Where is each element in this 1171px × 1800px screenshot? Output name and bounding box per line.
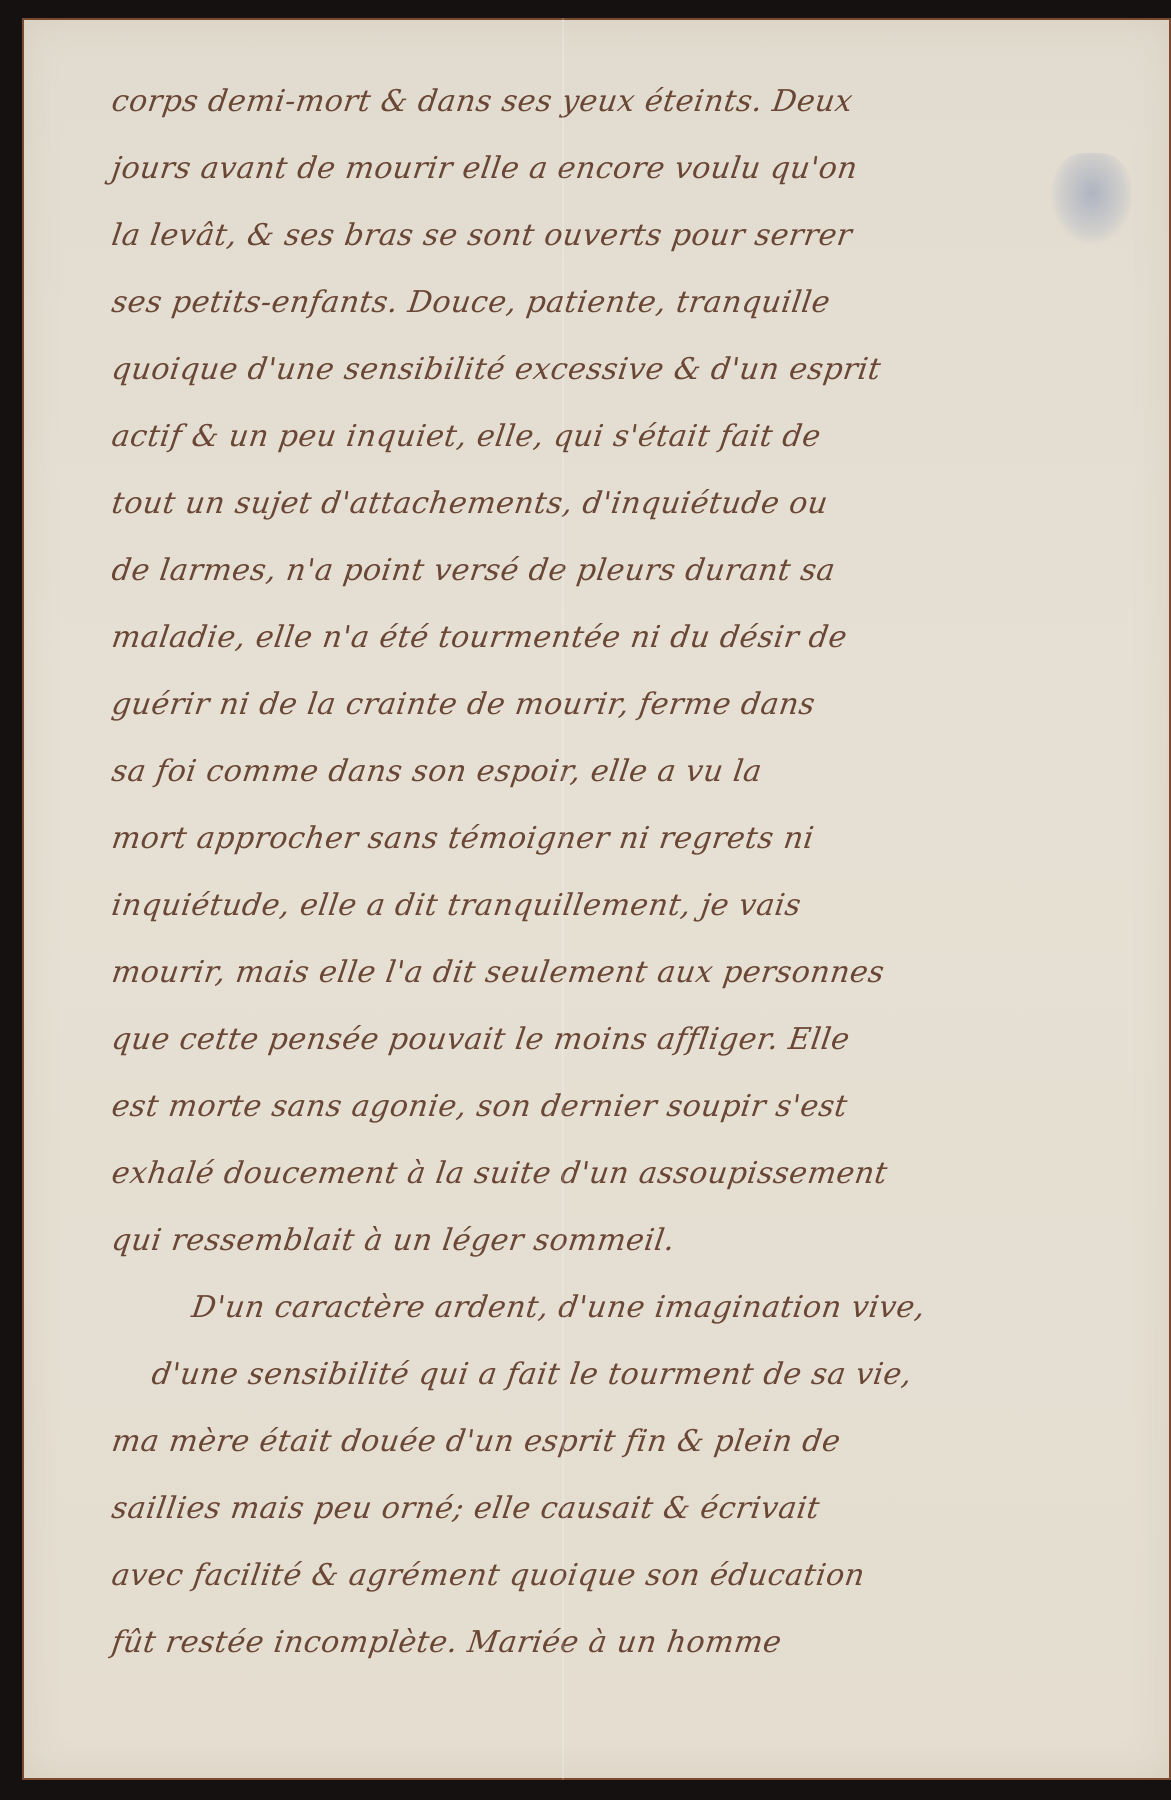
- text-line: que cette pensée pouvait le moins afflig…: [107, 1006, 1146, 1073]
- text-line: est morte sans agonie, son dernier soupi…: [107, 1073, 1146, 1140]
- text-line: saillies mais peu orné; elle causait & é…: [107, 1475, 1146, 1542]
- text-line: d'une sensibilité qui a fait le tourment…: [107, 1341, 1146, 1408]
- text-line: ses petits-enfants. Douce, patiente, tra…: [107, 269, 1146, 336]
- text-line: fût restée incomplète. Mariée à un homme: [107, 1609, 1146, 1676]
- text-line: tout un sujet d'attachements, d'inquiétu…: [107, 470, 1146, 537]
- text-line: mort approcher sans témoigner ni regrets…: [107, 805, 1146, 872]
- paragraph-start-line: D'un caractère ardent, d'une imagination…: [107, 1274, 1146, 1341]
- manuscript-page: corps demi-mort & dans ses yeux éteints.…: [22, 18, 1171, 1780]
- handwritten-text-block: corps demi-mort & dans ses yeux éteints.…: [112, 68, 1142, 1676]
- text-line: quoique d'une sensibilité excessive & d'…: [107, 336, 1146, 403]
- text-line: guérir ni de la crainte de mourir, ferme…: [107, 671, 1146, 738]
- text-line: ma mère était douée d'un esprit fin & pl…: [107, 1408, 1146, 1475]
- text-line: la levât, & ses bras se sont ouverts pou…: [107, 202, 1146, 269]
- text-line: de larmes, n'a point versé de pleurs dur…: [107, 537, 1146, 604]
- text-line: exhalé doucement à la suite d'un assoupi…: [107, 1140, 1146, 1207]
- text-line: inquiétude, elle a dit tranquillement, j…: [107, 872, 1146, 939]
- text-line: jours avant de mourir elle a encore voul…: [107, 135, 1146, 202]
- text-line: maladie, elle n'a été tourmentée ni du d…: [107, 604, 1146, 671]
- text-line: corps demi-mort & dans ses yeux éteints.…: [107, 68, 1146, 135]
- text-line: sa foi comme dans son espoir, elle a vu …: [107, 738, 1146, 805]
- text-line: mourir, mais elle l'a dit seulement aux …: [107, 939, 1146, 1006]
- text-line: avec facilité & agrément quoique son édu…: [107, 1542, 1146, 1609]
- text-line: qui ressemblait à un léger sommeil.: [107, 1207, 1146, 1274]
- text-line: actif & un peu inquiet, elle, qui s'étai…: [107, 403, 1146, 470]
